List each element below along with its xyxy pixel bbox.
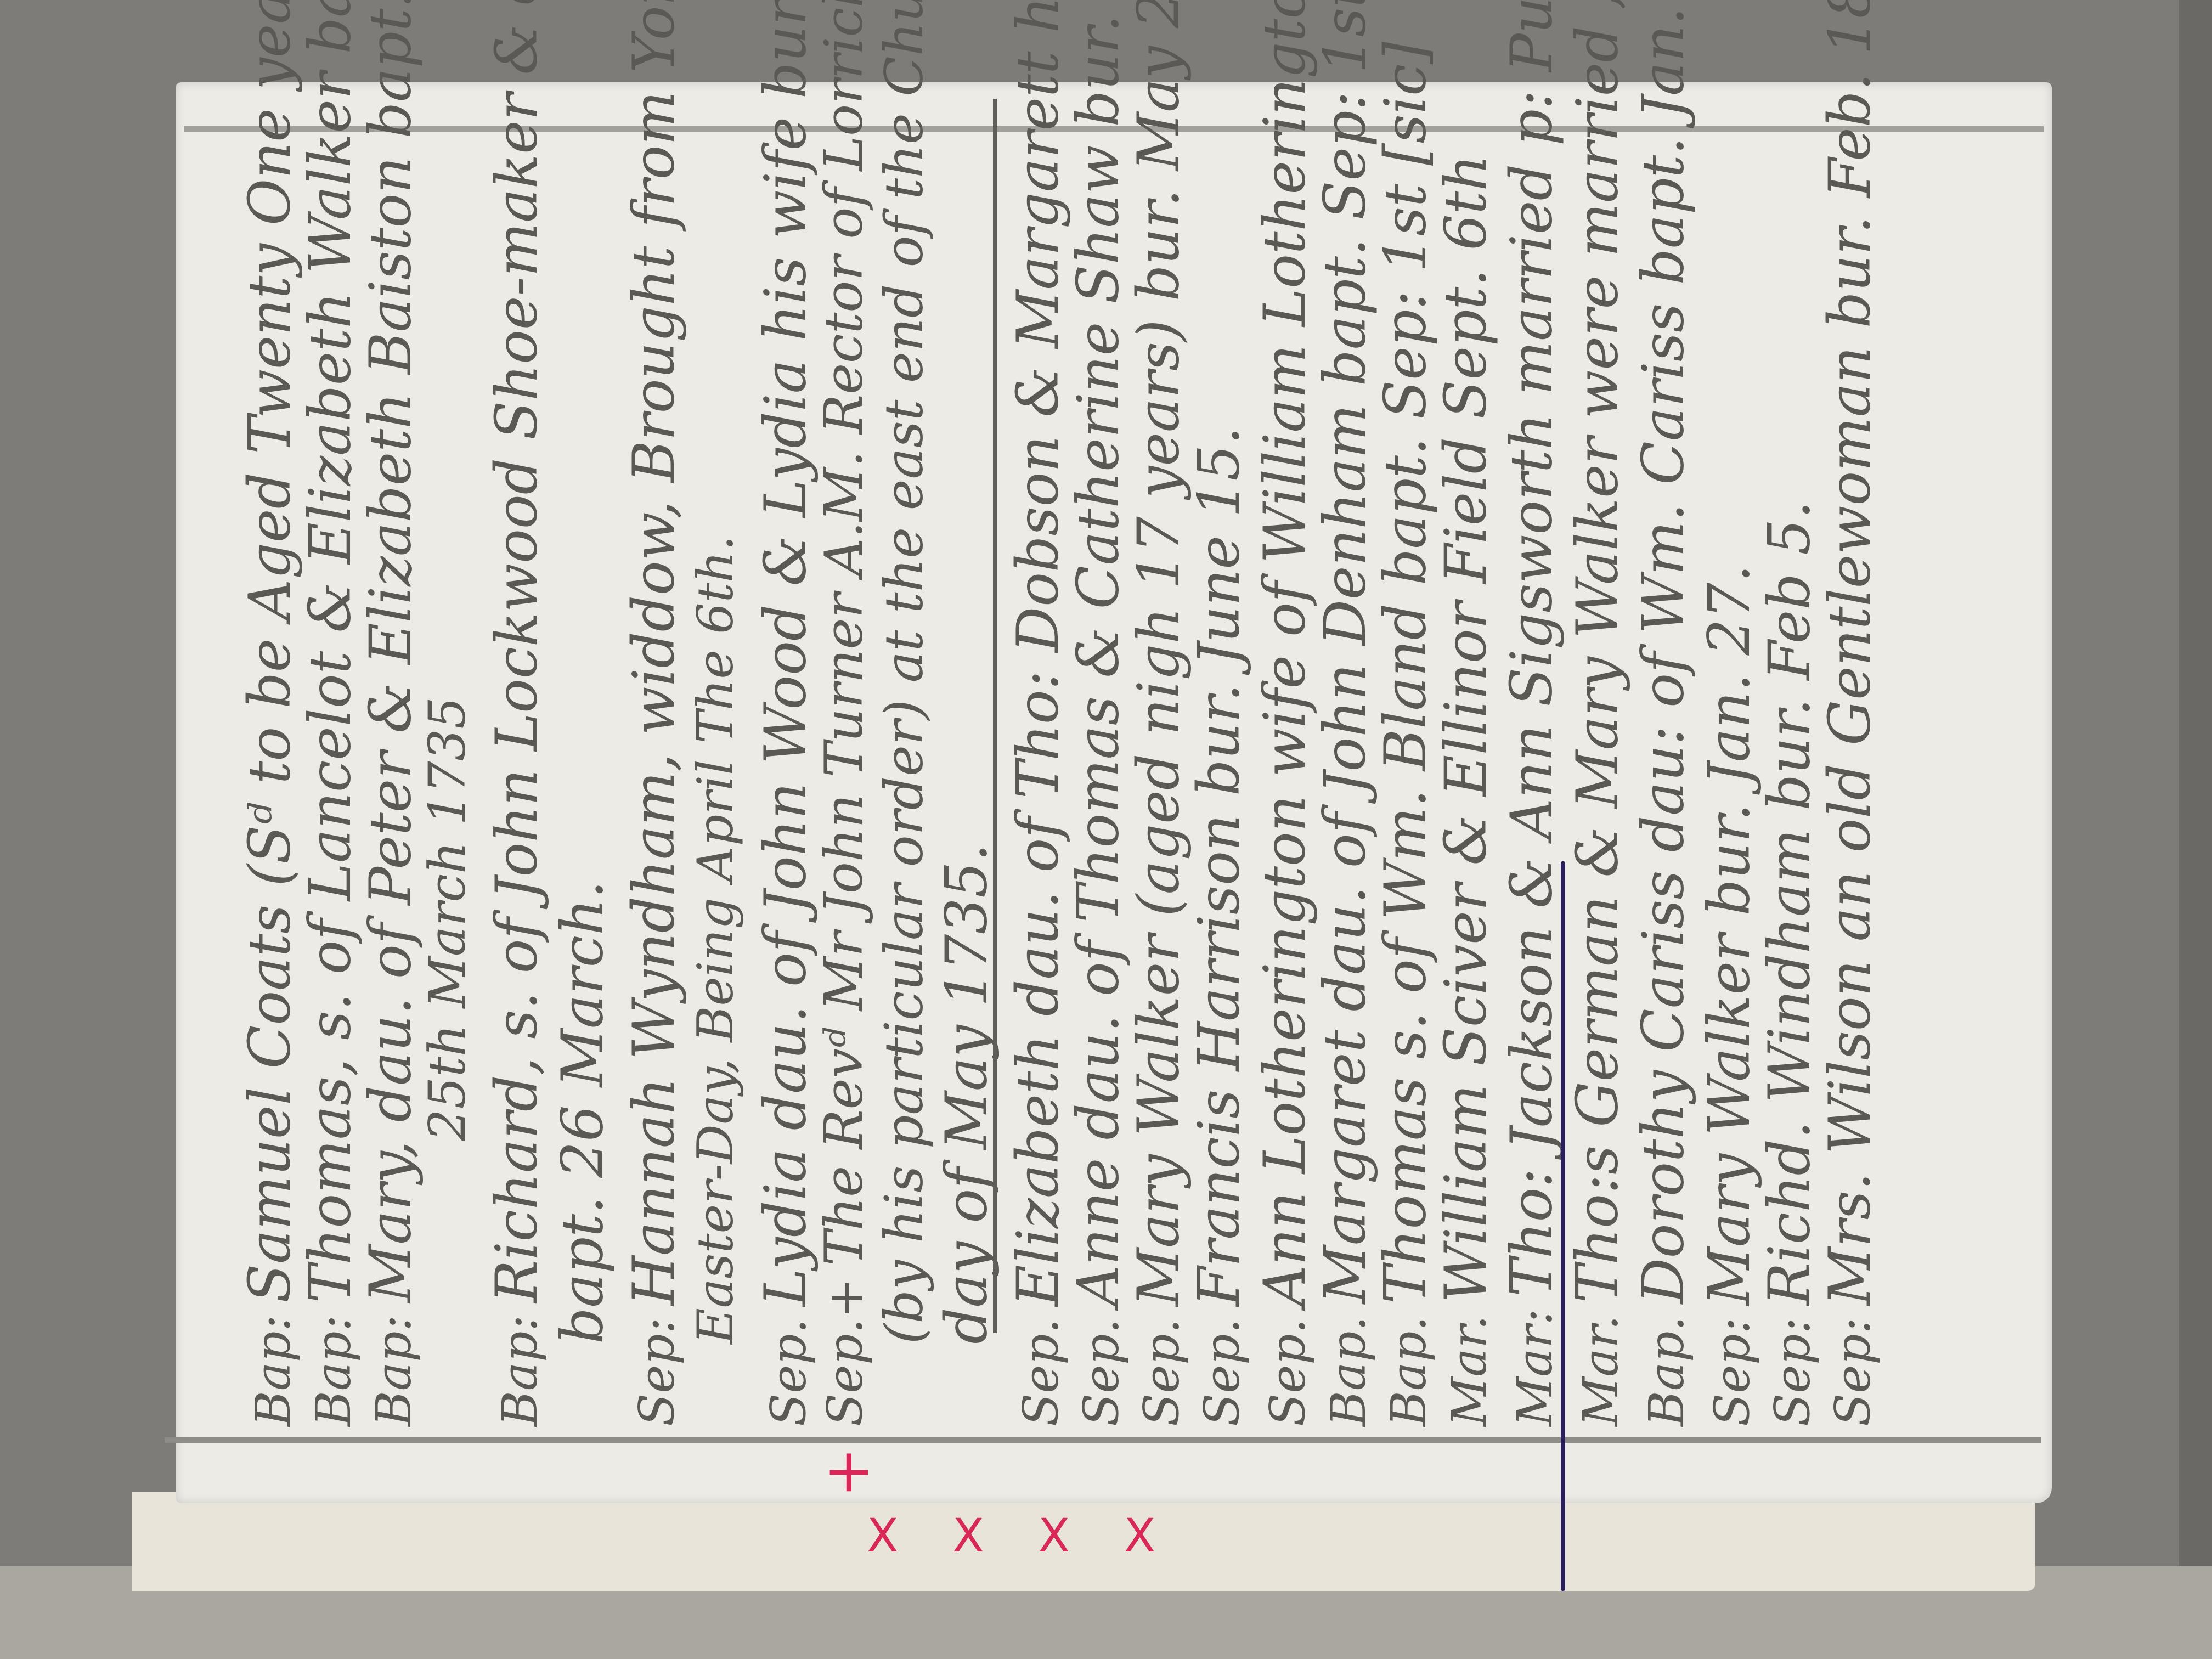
- register-page: Bap:Samuel Coats (Sᵈ to be Aged Twenty O…: [230, 110, 2041, 1426]
- background-shadow: [2179, 0, 2212, 1659]
- entry-line: Sep:Richd. Windham bur. Feb 5.: [1761, 501, 1818, 1426]
- entry-line: Bap:Richard, s. of John Lockwood Shoe-ma…: [488, 0, 545, 1426]
- entry-line: Sep:Mrs. Wilson an old Gentlewoman bur. …: [1821, 0, 1878, 1426]
- entry-line: Sep.Francis Harrison bur. June 15.: [1190, 427, 1248, 1427]
- entry-line: Bap.Margaret dau. of John Denham bapt. S…: [1317, 0, 1374, 1426]
- entry-continuation: Easter-Day, Being April The 6th.: [691, 535, 741, 1344]
- red-plus-mark: +: [812, 1427, 882, 1498]
- entry-continuation: day of May 1735.: [938, 843, 995, 1344]
- entry-line: Sep.Anne dau. of Thomas & Catherine Shaw…: [1070, 0, 1127, 1426]
- entry-line: Bap:Thomas, s. of Lancelot & Elizabeth W…: [302, 0, 359, 1426]
- entry-line: Bap:Mary, dau. of Peter & Elizabeth Bais…: [362, 0, 419, 1426]
- entry-line: Bap:Samuel Coats (Sᵈ to be Aged Twenty O…: [241, 0, 298, 1426]
- entry-line: Mar:Tho: Jackson & Ann Sigsworth married…: [1503, 0, 1560, 1426]
- entry-line: Sep.Mary Walker (aged nigh 17 years) bur…: [1130, 0, 1187, 1426]
- entry-line: Mar.William Sciver & Ellinor Field Sept.…: [1437, 155, 1494, 1426]
- section-divider: [993, 99, 997, 1333]
- red-cross-marks: X X X X: [867, 1509, 1175, 1562]
- entry-line: Bap.Thomas s. of Wm. Bland bapt. Sep: 1s…: [1377, 42, 1434, 1426]
- entry-continuation: bapt. 26 March.: [554, 881, 611, 1344]
- entry-line: Sep.Ann Lotherington wife of William Lot…: [1256, 0, 1313, 1426]
- entry-line: Sep.Elizabeth dau. of Tho: Dobson & Marg…: [1009, 0, 1066, 1426]
- entry-line: Sep:Hannah Wyndham, widdow, Brought from…: [625, 0, 682, 1426]
- page-margin-rule: [165, 1437, 2041, 1443]
- entry-line: Bap.Dorothy Cariss dau: of Wm. Cariss ba…: [1635, 0, 1692, 1426]
- entry-continuation: (by his particular order) at the east en…: [878, 0, 930, 1344]
- entry-line: Sep.+The Revᵈ Mr John Turner A.M. Rector…: [817, 0, 870, 1426]
- entry-line: Sep:Mary Walker bur. Jan. 27.: [1701, 565, 1758, 1426]
- date-heading: 25th March 1735: [422, 697, 473, 1141]
- entry-line: Mar.Tho:s German & Mary Walker were marr…: [1569, 0, 1626, 1426]
- entry-line: Sep.Lydia dau. of John Wood & Lydia his …: [757, 0, 814, 1426]
